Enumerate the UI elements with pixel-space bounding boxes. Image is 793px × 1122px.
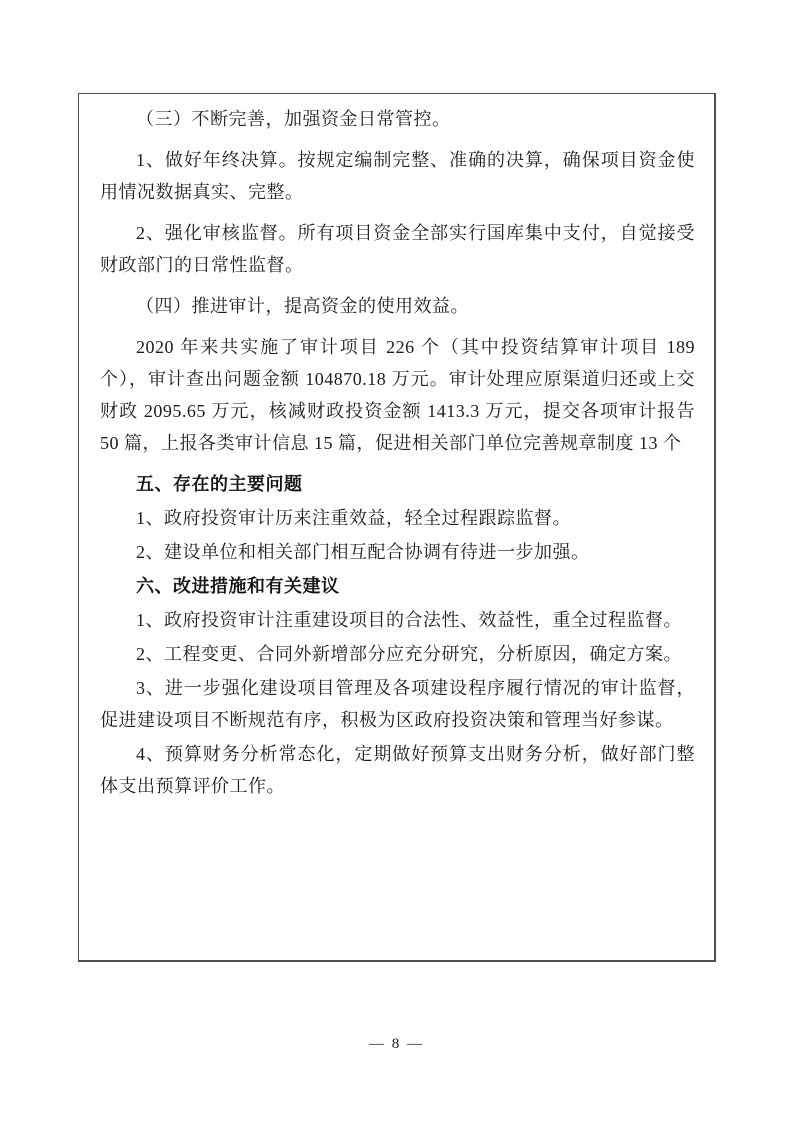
paragraph-suggestion-3: 3、进一步强化建设项目管理及各项建设程序履行情况的审计监督，促进建设项目不断规范… <box>100 672 695 736</box>
section-heading-6: 六、改进措施和有关建议 <box>100 570 695 602</box>
content-cell: （三）不断完善，加强资金日常管控。 1、做好年终决算。按规定编制完整、准确的决算… <box>78 93 716 962</box>
paragraph-section-3-title: （三）不断完善，加强资金日常管控。 <box>100 103 695 135</box>
section-heading-5: 五、存在的主要问题 <box>100 468 695 500</box>
paragraph-suggestion-2: 2、工程变更、合同外新增部分应充分研究，分析原因，确定方案。 <box>100 638 695 670</box>
paragraph-item-1: 1、做好年终决算。按规定编制完整、准确的决算，确保项目资金使用情况数据真实、完整… <box>100 144 695 208</box>
paragraph-section-4-title: （四）推进审计，提高资金的使用效益。 <box>100 290 695 322</box>
document-page: （三）不断完善，加强资金日常管控。 1、做好年终决算。按规定编制完整、准确的决算… <box>0 0 793 1122</box>
paragraph-problem-1: 1、政府投资审计历来注重效益，轻全过程跟踪监督。 <box>100 502 695 534</box>
page-number: — 8 — <box>0 1036 793 1053</box>
paragraph-problem-2: 2、建设单位和相关部门相互配合协调有待进一步加强。 <box>100 536 695 568</box>
paragraph-audit-statistics: 2020 年来共实施了审计项目 226 个（其中投资结算审计项目 189 个），… <box>100 331 695 459</box>
paragraph-suggestion-1: 1、政府投资审计注重建设项目的合法性、效益性，重全过程监督。 <box>100 604 695 636</box>
paragraph-item-2: 2、强化审核监督。所有项目资金全部实行国库集中支付，自觉接受财政部门的日常性监督… <box>100 217 695 281</box>
paragraph-suggestion-4: 4、预算财务分析常态化，定期做好预算支出财务分析，做好部门整体支出预算评价工作。 <box>100 738 695 802</box>
